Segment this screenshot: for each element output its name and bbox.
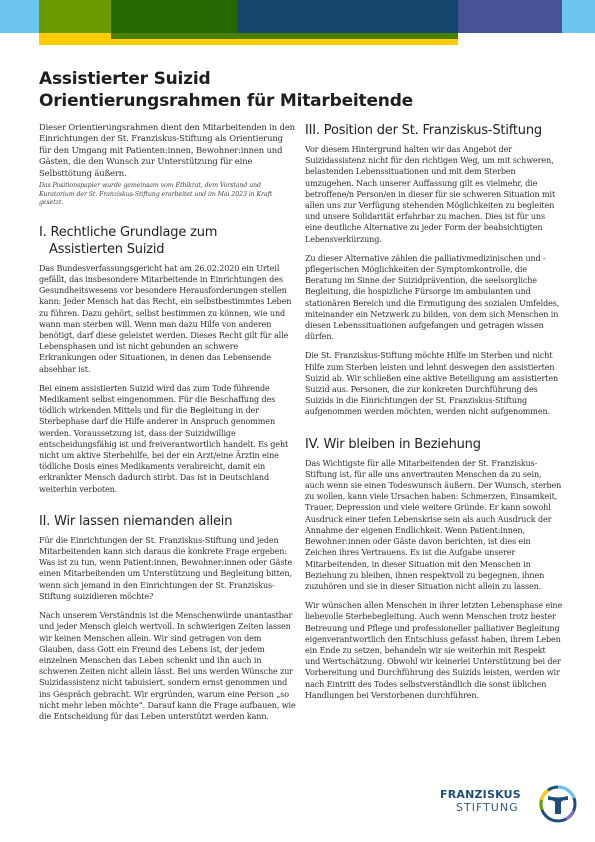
header-color-bars (0, 0, 595, 48)
title-line-2: Orientierungsrahmen für Mitarbeitende (39, 90, 413, 112)
section-1-heading-line-2: Assistierten Suizid (39, 241, 297, 258)
franziskus-stiftung-logo: FRANZISKUS STIFTUNG (440, 784, 575, 828)
left-column: Dieser Orientierungsrahmen dient den Mit… (39, 122, 297, 730)
bar-dark-green-under (111, 33, 458, 39)
section-4-heading: IV. Wir bleiben in Beziehung (305, 436, 563, 453)
section-1-heading-line-1: I. Rechtliche Grundlage zum (39, 225, 217, 240)
section-2-heading: II. Wir lassen niemanden allein (39, 513, 297, 530)
section-3-paragraph-3: Die St. Franziskus-Stiftung möchte Hilfe… (305, 350, 563, 417)
tau-cross-icon (538, 784, 578, 824)
right-column: III. Position der St. Franziskus-Stiftun… (305, 122, 563, 709)
intro-paragraph: Dieser Orientierungsrahmen dient den Mit… (39, 122, 297, 179)
section-3-paragraph-1: Vor diesem Hintergrund halten wir das An… (305, 144, 563, 245)
bar-purple (458, 0, 562, 33)
section-1-heading: I. Rechtliche Grundlage zum Assistierten… (39, 224, 297, 258)
title-line-1: Assistierter Suizid (39, 68, 413, 90)
section-1-paragraph-2: Bei einem assistierten Suizid wird das z… (39, 383, 297, 495)
section-4-paragraph-1: Das Wichtigste für alle Mitarbeitenden d… (305, 458, 563, 592)
logo-line-1: FRANZISKUS (440, 788, 521, 801)
section-1-paragraph-1: Das Bundesverfassungsgericht hat am 26.0… (39, 263, 297, 375)
section-3-heading: III. Position der St. Franziskus-Stiftun… (305, 122, 563, 139)
page-title: Assistierter Suizid Orientierungsrahmen … (39, 68, 413, 112)
section-2-paragraph-2: Nach unserem Verständnis ist die Mensche… (39, 610, 297, 722)
section-4-paragraph-2: Wir wünschen allen Menschen in ihrer let… (305, 600, 563, 701)
intro-note: Das Positionspapier wurde gemeinsam vom … (39, 182, 297, 208)
section-2-paragraph-1: Für die Einrichtungen der St. Franziskus… (39, 535, 297, 602)
logo-wordmark: FRANZISKUS STIFTUNG (440, 788, 521, 814)
logo-line-2: STIFTUNG (440, 801, 521, 814)
bar-navy (237, 0, 458, 33)
section-3-paragraph-2: Zu dieser Alternative zählen die palliat… (305, 253, 563, 343)
